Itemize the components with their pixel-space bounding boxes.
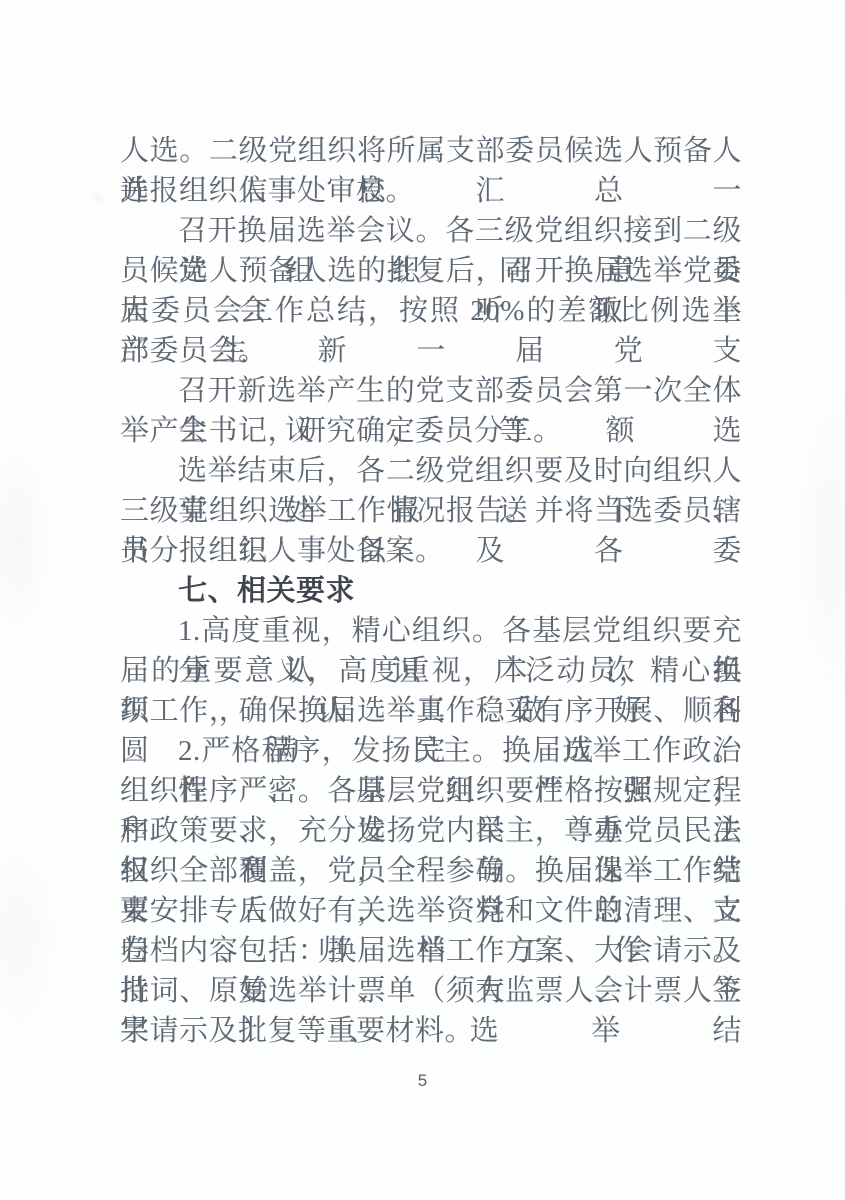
text-line: 三级党组织选举工作情况报告。并将当选委员、书记以及各委 (120, 491, 742, 531)
text-line: 归档内容包括：换届选举工作方案、大会请示及批复、大会主 (120, 931, 742, 971)
scan-speck (90, 192, 106, 204)
page-number: 5 (0, 1071, 845, 1091)
scan-smudge-left (0, 430, 52, 650)
text-line: 选举结束后，各二级党组织要及时向组织人事处报送下辖 (120, 451, 742, 491)
text-line: 2.严格程序，发扬民主。换届选举工作政治性、原则性强， (120, 731, 742, 771)
text-line: 组织程序严密。各基层党组织要严格按照规定程序、选举办法 (120, 771, 742, 811)
text-line: 召开新选举产生的党支部委员会第一次全体会议，等额选 (120, 371, 742, 411)
section-heading: 七、相关要求 (120, 571, 742, 611)
text-line: 员候选人预备人选的批复后，召开换届选举党员大会，听取上 (120, 251, 742, 291)
text-line: 召开换届选举会议。各三级党组织接到二级党组织同意委 (120, 211, 742, 251)
text-line: 项工作，确保换届选举工作稳妥有序开展、顺利圆满完成。 (120, 691, 742, 731)
scan-smudge-right (795, 380, 845, 710)
text-line: 人选。二级党组织将所属支部委员候选人预备人选信息汇总一 (120, 131, 742, 171)
text-line: 届委员会工作总结，按照 20%的差额比例选举产生新一届党支 (120, 291, 742, 331)
text-line: 持词、原始选举计票单（须有监票人、计票人签字）、选举结 (120, 971, 742, 1011)
text-line: 1.高度重视，精心组织。各基层党组织要充分认识本次换 (120, 611, 742, 651)
text-line: 要安排专人做好有关选举资料和文件的清理、立卷、归档工作。 (120, 891, 742, 931)
scan-smudge-left-low (0, 840, 58, 1030)
text-line: 届的重要意义，高度重视，广泛动员，精心组织，认真做好各 (120, 651, 742, 691)
scanned-document-page: 人选。二级党组织将所属支部委员候选人预备人选信息汇总一并报组织人事处审校。召开换… (0, 0, 845, 1200)
document-body: 人选。二级党组织将所属支部委员候选人预备人选信息汇总一并报组织人事处审校。召开换… (120, 131, 742, 1051)
text-line: 和政策要求，充分发扬党内民主，尊重党员民主权利，确保党 (120, 811, 742, 851)
text-line: 组织全部覆盖，党员全程参与。换届选举工作结束后，党总支 (120, 851, 742, 891)
